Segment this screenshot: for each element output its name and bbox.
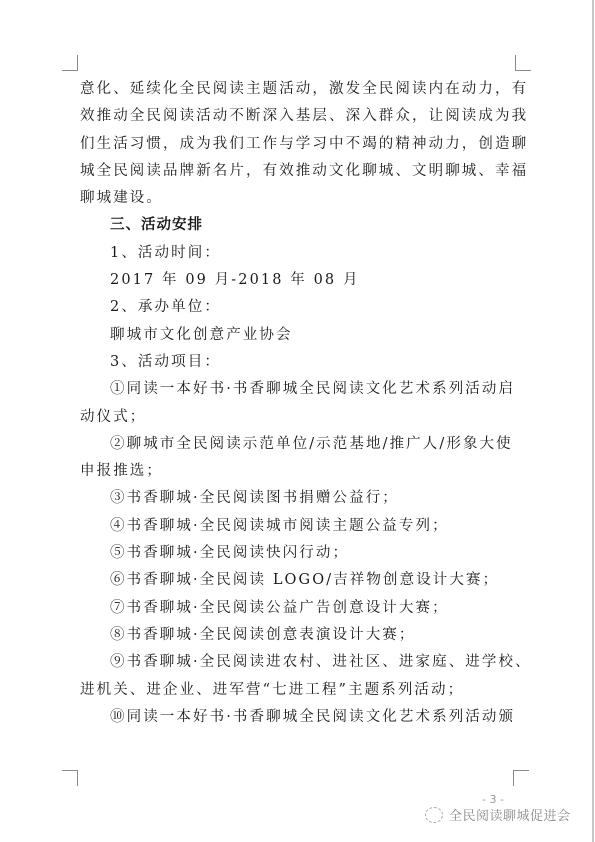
text-line: 2、承办单位： — [80, 294, 515, 321]
crop-mark-bottom-left — [62, 770, 78, 786]
text-line: 们生活习惯，成为我们工作与学习中不竭的精神动力，创造聊 — [80, 131, 515, 158]
text-line: 城全民阅读品牌新名片，有效推动文化聊城、文明聊城、幸福 — [80, 158, 515, 185]
text-line: ⑦书香聊城·全民阅读公益广告创意设计大赛； — [80, 595, 515, 622]
document-body: 意化、延续化全民阅读主题活动，激发全民阅读内在动力，有效推动全民阅读活动不断深入… — [80, 76, 515, 731]
text-line: 3、活动项目： — [80, 349, 515, 376]
crop-mark-bottom-right — [513, 770, 529, 786]
text-line: ⑥书香聊城·全民阅读 LOGO/吉祥物创意设计大赛； — [80, 567, 515, 594]
text-line: 进机关、进企业、进军营“七进工程”主题系列活动； — [80, 677, 515, 704]
crop-mark-top-right — [515, 55, 531, 71]
wechat-icon — [425, 807, 443, 823]
section-heading: 三、活动安排 — [80, 212, 515, 239]
watermark-text: 全民阅读聊城促进会 — [449, 805, 571, 824]
watermark: 全民阅读聊城促进会 — [425, 805, 571, 824]
text-line: ②聊城市全民阅读示范单位/示范基地/推广人/形象大使 — [80, 431, 515, 458]
text-line: ③书香聊城·全民阅读图书捐赠公益行； — [80, 485, 515, 512]
text-line: ⑤书香聊城·全民阅读快闪行动； — [80, 540, 515, 567]
text-line: ①同读一本好书·书香聊城全民阅读文化艺术系列活动启 — [80, 376, 515, 403]
text-line: ⑩同读一本好书·书香聊城全民阅读文化艺术系列活动颁 — [80, 704, 515, 731]
text-line: 1、活动时间： — [80, 240, 515, 267]
page-edge-divider — [592, 0, 594, 842]
text-line: 效推动全民阅读活动不断深入基层、深入群众，让阅读成为我 — [80, 103, 515, 130]
crop-mark-top-left — [62, 55, 78, 71]
text-line: ⑨书香聊城·全民阅读进农村、进社区、进家庭、进学校、 — [80, 649, 515, 676]
text-line: 聊城市文化创意产业协会 — [80, 322, 515, 349]
text-line: 意化、延续化全民阅读主题活动，激发全民阅读内在动力，有 — [80, 76, 515, 103]
text-line: ④书香聊城·全民阅读城市阅读主题公益专列； — [80, 513, 515, 540]
text-line: 聊城建设。 — [80, 185, 515, 212]
text-line: 动仪式； — [80, 404, 515, 431]
text-line: ⑧书香聊城·全民阅读创意表演设计大赛； — [80, 622, 515, 649]
text-line: 2017 年 09 月-2018 年 08 月 — [80, 267, 515, 294]
text-line: 申报推选； — [80, 458, 515, 485]
